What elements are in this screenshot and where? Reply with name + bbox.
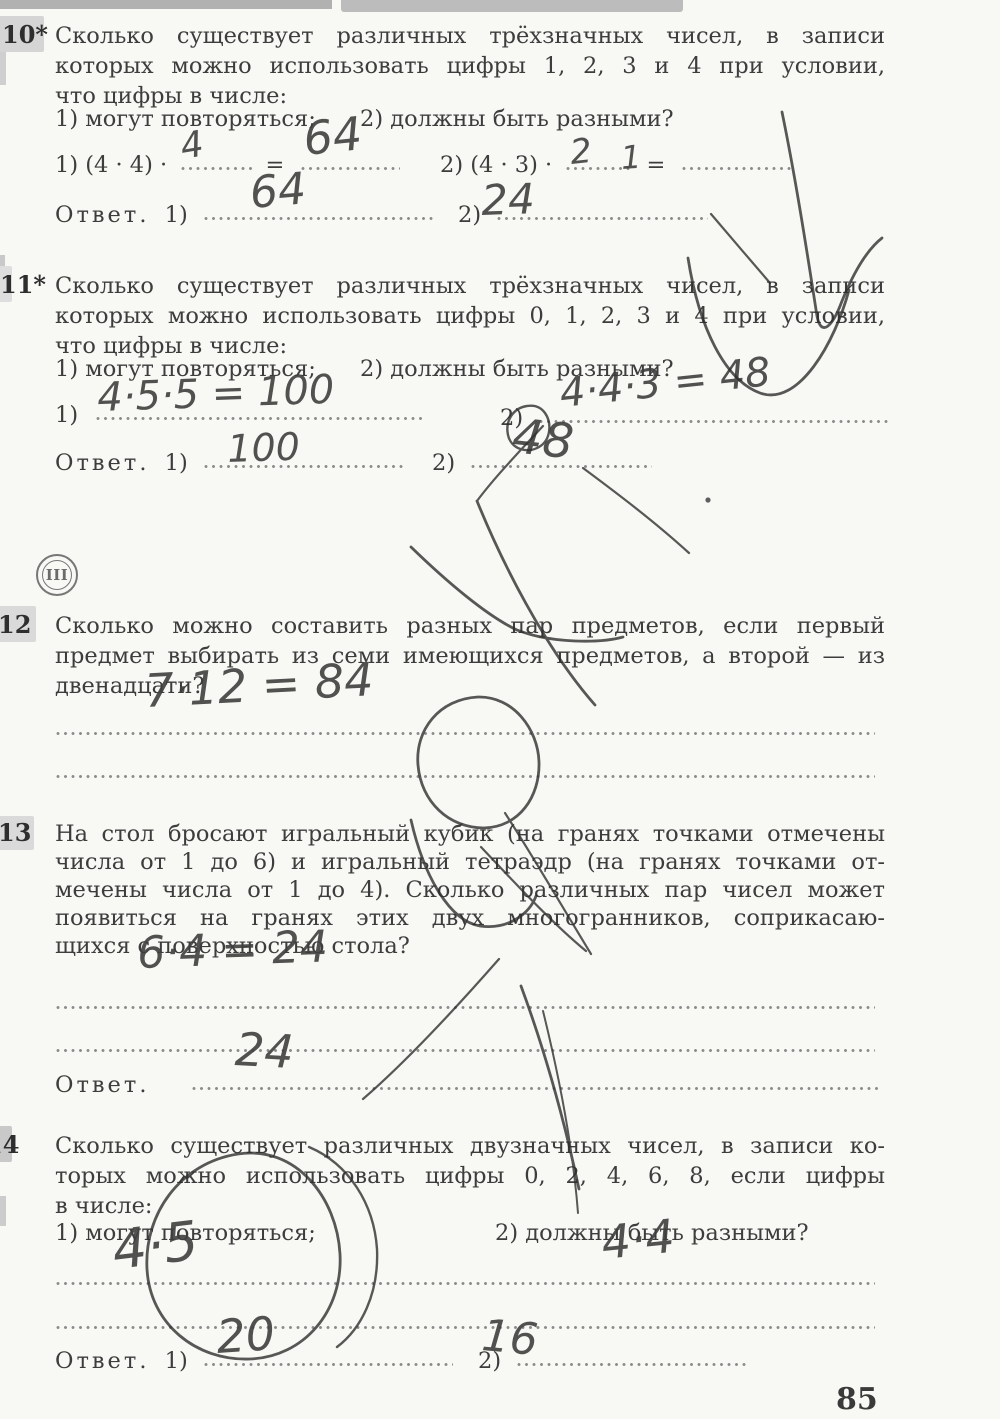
problem-text-line: Сколько существует различных двузначных … bbox=[55, 1132, 885, 1160]
problem-number: 12 bbox=[0, 610, 31, 639]
answer-row: Ответ. bbox=[55, 1072, 879, 1098]
scan-artifact-smudge bbox=[0, 1196, 6, 1226]
handwritten-value: 48 bbox=[510, 412, 576, 466]
handwritten-value: 4·4 bbox=[599, 1213, 677, 1266]
scan-artifact-bar bbox=[0, 0, 332, 9]
problem-text-line: На стол бросают игральный кубик (на гран… bbox=[55, 820, 885, 848]
problem-text-line: которых можно использовать цифры 1, 2, 3… bbox=[55, 52, 885, 80]
answer-row: Ответ. 1) 2) bbox=[55, 202, 708, 228]
handwritten-value: 24 bbox=[481, 178, 536, 222]
problem-text-line: Сколько можно составить разных пар предм… bbox=[55, 612, 885, 640]
section-badge-label: III bbox=[46, 566, 69, 584]
dotted-blank bbox=[203, 215, 435, 222]
problem-number: 13 bbox=[0, 818, 31, 847]
section-badge: III bbox=[36, 554, 78, 596]
work-left-printed: 1) (4 · 4) · bbox=[55, 152, 167, 178]
answer-label: Ответ. bbox=[55, 450, 149, 476]
answer-label: Ответ. bbox=[55, 202, 149, 228]
pen-stroke bbox=[418, 697, 539, 828]
handwritten-value: 6·4 = 24 bbox=[136, 925, 328, 976]
work-row: 2) (4 · 3) · = bbox=[440, 152, 793, 178]
problem-number: 11* bbox=[0, 270, 46, 299]
handwritten-value: 16 bbox=[480, 1314, 540, 1363]
pen-stroke bbox=[583, 468, 689, 553]
answer-item-number: 2) bbox=[432, 450, 455, 476]
work-right-printed: 2) (4 · 3) · bbox=[440, 152, 552, 178]
dotted-answer-line bbox=[55, 1004, 875, 1011]
handwritten-value: 2 bbox=[568, 134, 593, 170]
problem-text-line: мечены числа от 1 до 4). Сколько различн… bbox=[55, 876, 885, 904]
handwritten-value: 4·5·5 = 100 bbox=[97, 370, 335, 418]
handwritten-value: 20 bbox=[215, 1310, 277, 1360]
problem-text-line: Сколько существует различных трёхзначных… bbox=[55, 272, 885, 300]
handwritten-value: 4·5 bbox=[109, 1214, 201, 1278]
handwritten-value: 64 bbox=[248, 167, 308, 216]
problem-text-line: Сколько существует различных трёхзначных… bbox=[55, 22, 885, 50]
handwritten-value: 1 bbox=[620, 141, 643, 174]
problem-number: 10* bbox=[2, 20, 48, 49]
work-left-printed: 1) bbox=[55, 402, 78, 428]
answer-item-number: 1) bbox=[165, 202, 188, 228]
handwritten-value: 64 bbox=[301, 110, 364, 162]
dotted-blank bbox=[516, 1361, 746, 1368]
workbook-scan-page: 10* Сколько существует различных трёхзна… bbox=[0, 0, 1000, 1419]
handwritten-value: 24 bbox=[234, 1026, 295, 1075]
dotted-answer-line bbox=[55, 1324, 875, 1331]
handwritten-value: 7·12 = 84 bbox=[144, 656, 375, 714]
dotted-blank bbox=[681, 165, 793, 172]
equals-sign: = bbox=[647, 152, 666, 178]
answer-item-number: 2) bbox=[458, 202, 481, 228]
dotted-blank bbox=[538, 418, 890, 425]
answer-item-number: 1) bbox=[165, 1348, 188, 1374]
problem-text-line: числа от 1 до 6) и игральный тетраэдр (н… bbox=[55, 848, 885, 876]
handwritten-value: 100 bbox=[227, 427, 301, 468]
dotted-answer-line bbox=[55, 730, 875, 737]
answer-label: Ответ. bbox=[55, 1348, 149, 1374]
page-number: 85 bbox=[836, 1382, 878, 1417]
ink-dot bbox=[705, 497, 710, 502]
problem-text-line: торых можно использовать цифры 0, 2, 4, … bbox=[55, 1162, 885, 1190]
problem-number: 14 bbox=[0, 1130, 19, 1159]
problem-text-line: которых можно использовать цифры 0, 1, 2… bbox=[55, 302, 885, 330]
subitem-2: 2) должны быть разными? bbox=[360, 106, 674, 132]
dotted-answer-line bbox=[55, 1047, 875, 1054]
dotted-answer-line bbox=[55, 1280, 875, 1287]
dotted-blank bbox=[300, 165, 400, 172]
scan-artifact-bar bbox=[341, 0, 683, 12]
answer-row: Ответ. 1) 2) bbox=[55, 1348, 746, 1374]
dotted-answer-line bbox=[55, 773, 875, 780]
answer-label: Ответ. bbox=[55, 1072, 149, 1098]
answer-item-number: 1) bbox=[165, 450, 188, 476]
handwritten-value: 4 bbox=[178, 127, 207, 166]
dotted-blank bbox=[191, 1085, 879, 1092]
